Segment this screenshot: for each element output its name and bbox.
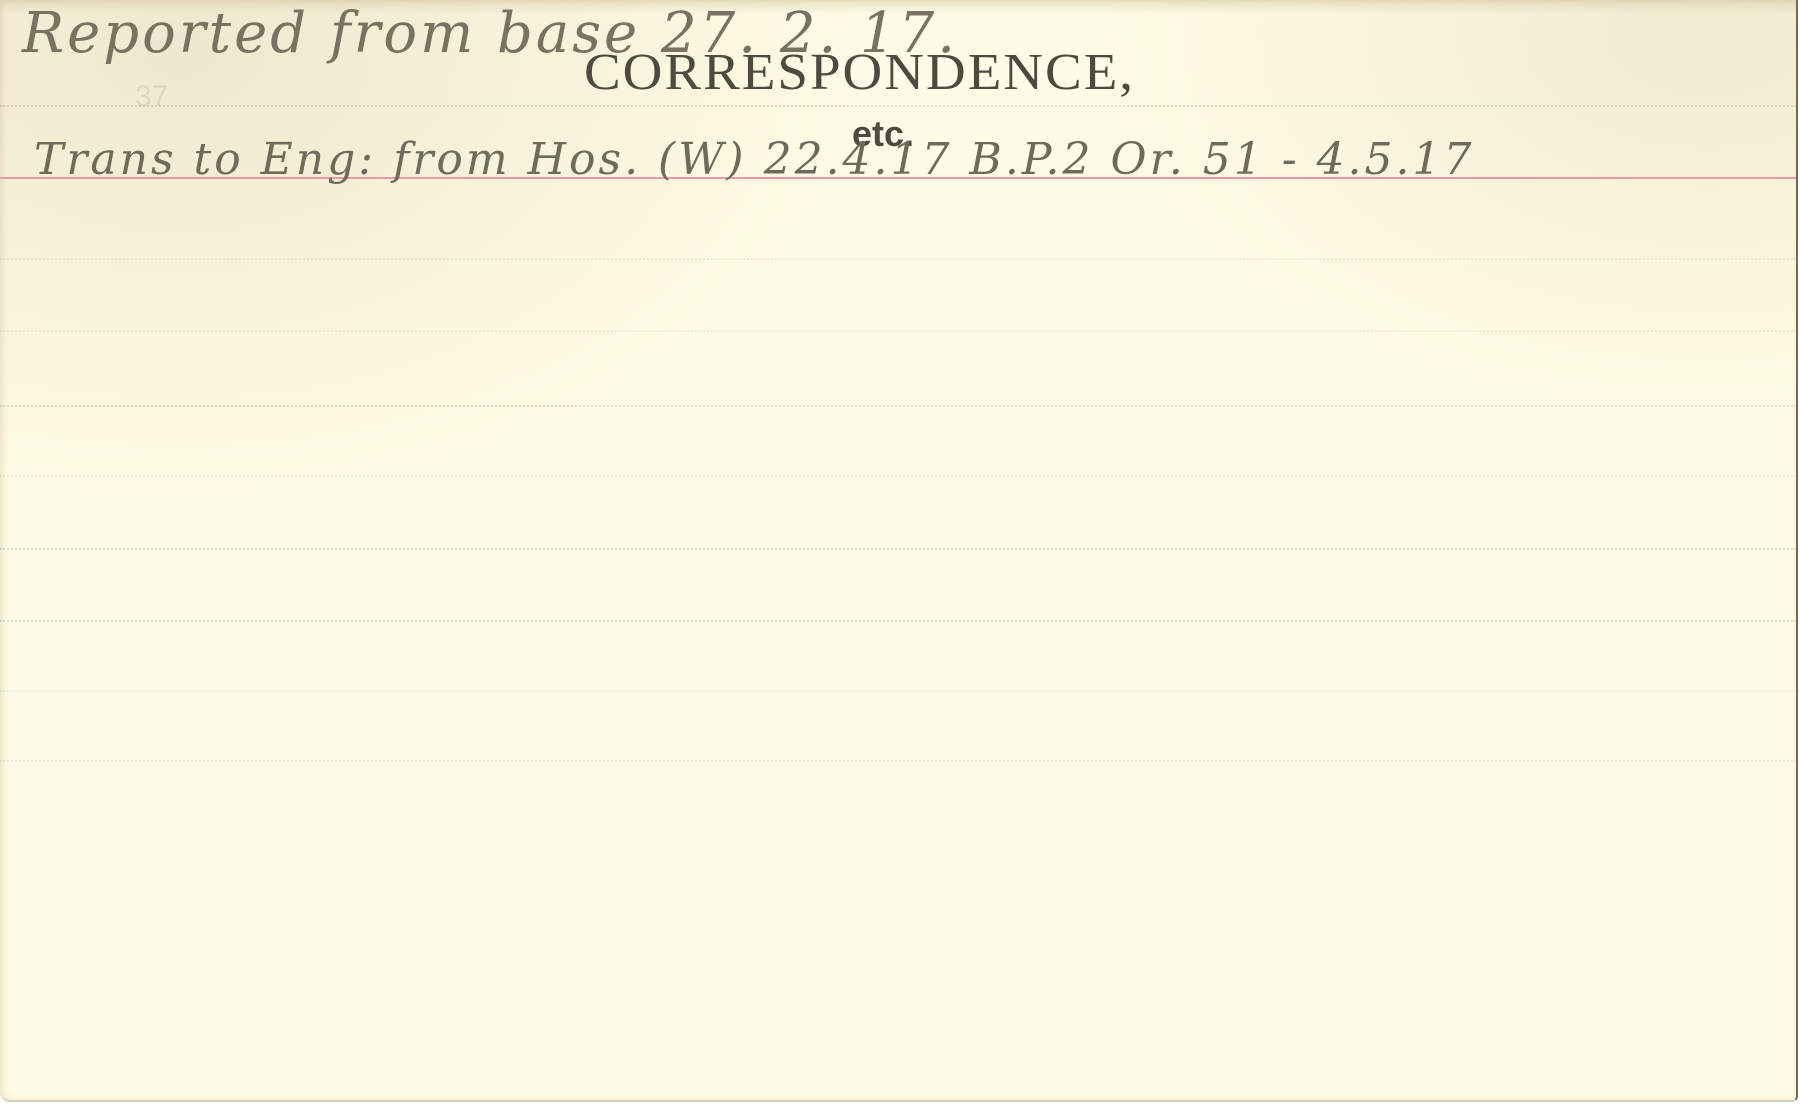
dotted-rule xyxy=(0,405,1796,407)
dotted-rule xyxy=(0,620,1796,622)
dotted-rule xyxy=(0,760,1796,762)
handwritten-entry-transfer: Trans to Eng: from Hos. (W) 22.4.17 B.P.… xyxy=(34,138,1475,182)
handwritten-entry-reported: Reported from base 27. 2. 17. xyxy=(22,6,958,62)
record-card: 37 CORRESPONDENCE, etc. Reported from ba… xyxy=(0,0,1798,1102)
dotted-rule xyxy=(0,330,1796,332)
dotted-rule xyxy=(0,548,1796,550)
dotted-rule xyxy=(0,690,1796,692)
dotted-rule xyxy=(0,258,1796,260)
dotted-rule xyxy=(0,105,1796,107)
faded-stamp: 37 xyxy=(135,80,168,114)
dotted-rule xyxy=(0,475,1796,477)
